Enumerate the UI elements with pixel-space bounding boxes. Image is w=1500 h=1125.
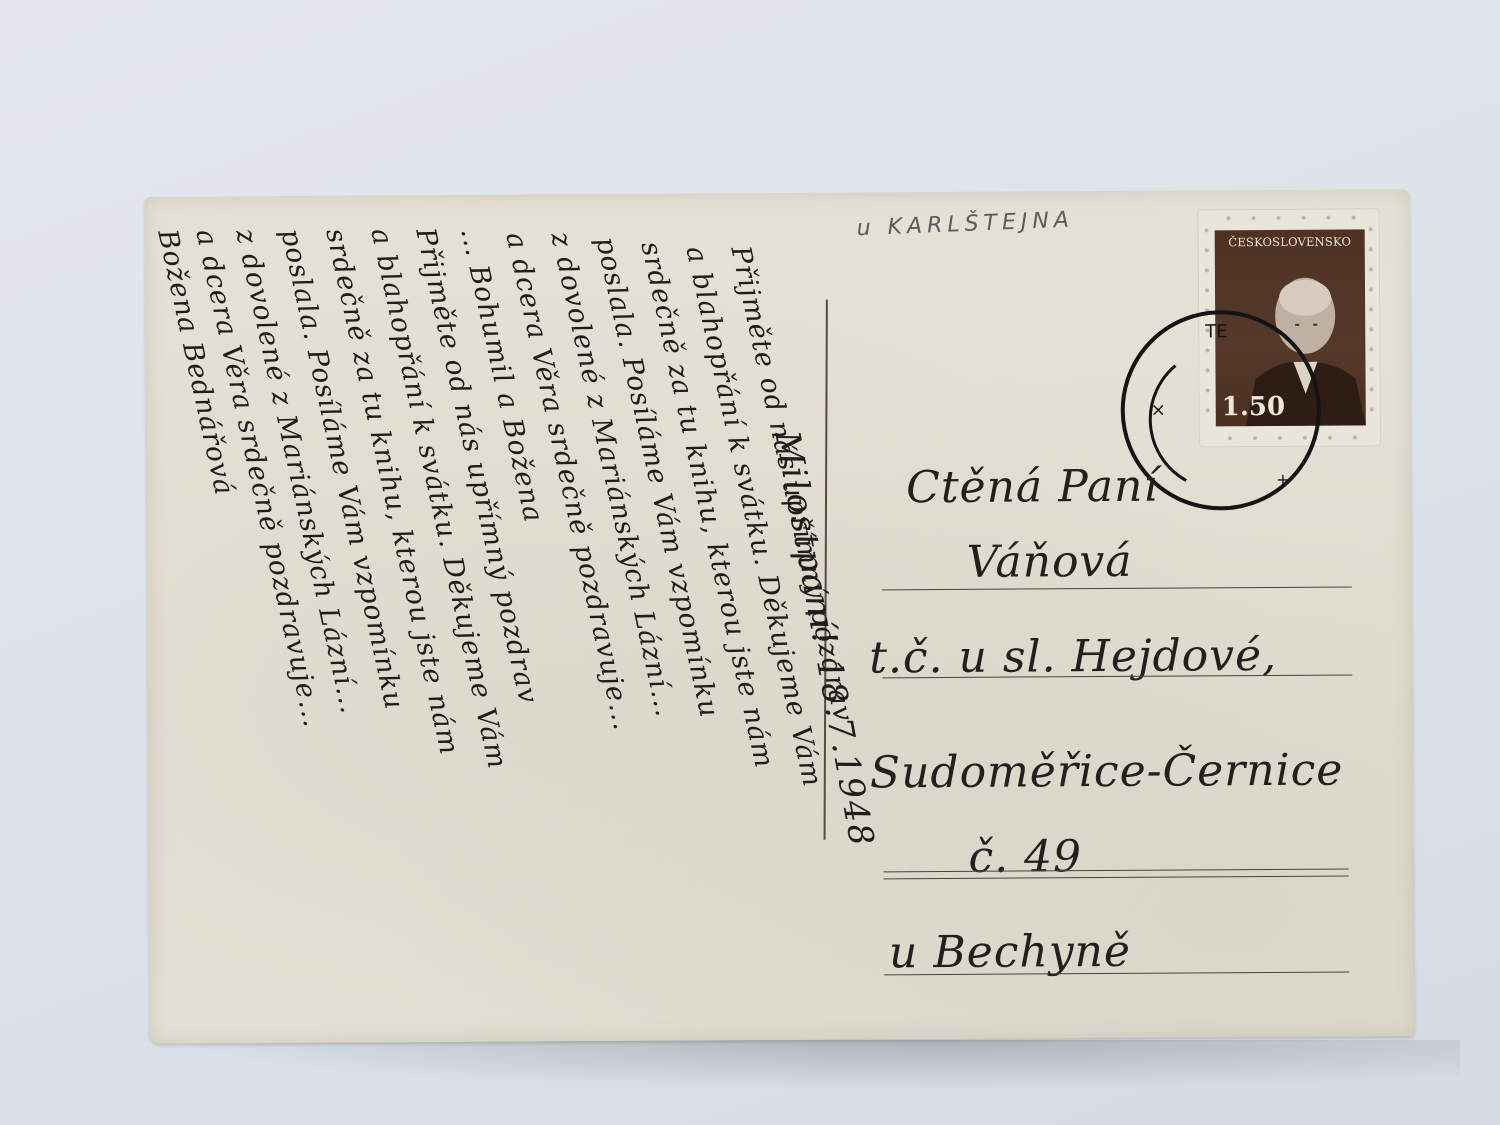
address-rule <box>882 587 1352 591</box>
address-rule <box>884 876 1349 880</box>
svg-text:×: × <box>1151 400 1166 421</box>
address-rule <box>884 869 1349 873</box>
pencil-note: u KARLŠTEJNA <box>856 207 1074 241</box>
postcard: u KARLŠTEJNA Milostpaní! 18.7.1948 Přijm… <box>144 189 1414 1044</box>
card-shadow <box>170 1040 1460 1090</box>
svg-text:TE: TE <box>1204 321 1228 342</box>
handwritten-message: Milostpaní! 18.7.1948 Přijměte od nás up… <box>170 223 815 1027</box>
address-locality: u Bechyně <box>889 926 1131 978</box>
svg-text:+: + <box>1276 470 1290 489</box>
address-number: č. 49 <box>968 831 1082 883</box>
address-town: Sudoměřice-Černice <box>870 745 1344 799</box>
address-name: Váňová <box>967 536 1133 588</box>
address-salutation: Ctěná Paní <box>906 461 1159 514</box>
